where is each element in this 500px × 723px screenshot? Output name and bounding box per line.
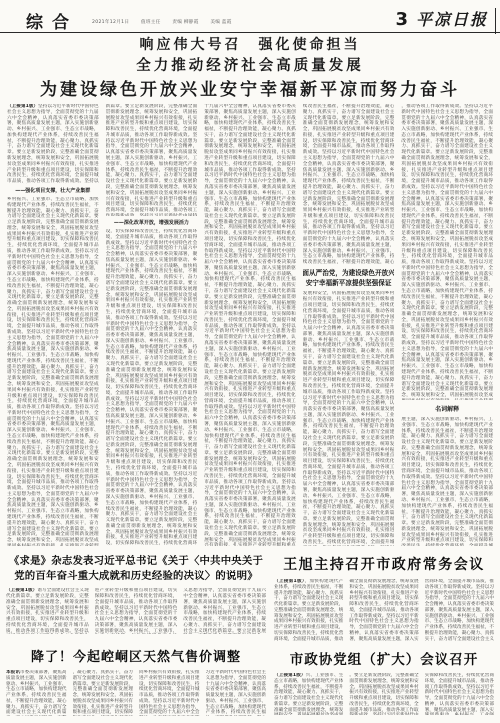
wangxu-column-1: （上接第1版），加快构建现代产业体系，持续改善民生福祉，不断提升治理效能，凝心聚…: [274, 579, 343, 641]
qiushi-title-line-2: 党的百年奋斗重大成就和历史经验的决议〉的说明》: [6, 569, 266, 584]
article-qiushi: 《求是》杂志发表习近平总书记《关于〈中共中央关于 党的百年奋斗重大成就和历史经验…: [6, 554, 266, 634]
page-number: 3: [395, 9, 408, 30]
main-column-4: 续改善民生福祉，不断提升治理效能，凝心聚力、真抓实干，奋力谱写全面建设社会主义现…: [303, 104, 395, 546]
header-art-editor: 美编 蓝霞: [210, 20, 231, 25]
paper-name: 平凉日报: [416, 7, 488, 30]
body-text: （上接第1版），加快构建现代产业体系，持续改善民生福祉，不断提升治理效能，凝心聚…: [274, 579, 343, 641]
article-wangxu-columns: （上接第1版），加快构建现代产业体系，持续改善民生福祉，不断提升治理效能，凝心聚…: [274, 579, 494, 641]
headline-line-1: 响应伟大号召 强化使命担当: [0, 38, 500, 52]
boxed-subhead-line-1: 全面从严治党，为建设绿色开放兴业: [303, 268, 395, 278]
gas-column-4: 习近平新时代中国特色社会主义思想为指导，全面贯彻党的十九届六中全会精神，认真落实…: [206, 670, 267, 716]
main-column-5: ，推动各项工作取得新成效。坚持以习近平新时代中国特色社会主义思想为指导，全面贯彻…: [401, 104, 493, 546]
newspaper-page: 综合 2021年12月1日 值班主任 责编 柳静霞 美编 蓝霞 3 平凉日报 响…: [0, 0, 500, 723]
article-qiushi-title: 《求是》杂志发表习近平总书记《关于〈中共中央关于 党的百年奋斗重大成就和历史经验…: [6, 554, 266, 584]
qiushi-column-2: 进产业转型升级和重点项目建设，切实保障和改善民生，持续优化营商环境，全面提升城市…: [95, 588, 178, 634]
body-text: 习近平新时代中国特色社会主义思想为指导，全面贯彻党的十九届六中全会精神，认真落实…: [206, 670, 267, 716]
header-editor: 责编 柳静霞: [172, 20, 198, 25]
headline-line-2: 全力推动经济社会高质量发展: [0, 59, 500, 74]
zhengxie-column-1: （上接第1版）兴、工业强市、生态立市战略，加快构建现代产业体系，持续改善民生福祉…: [274, 673, 343, 715]
continued-lead-in: （上接第1版）: [274, 673, 306, 678]
headline-line-3: 为建设绿色开放兴业安宁幸福新平凉而努力奋斗: [0, 82, 500, 99]
gas-column-3: 同乡村振兴有效衔接，扎实推进产业转型升级和重点项目建设，切实保障和改善民生，持续…: [139, 670, 200, 716]
header-duty-editor: 值班主任: [141, 20, 161, 25]
article-gas-columns: 本报讯市委决策部署，聚焦高质量发展主题，深入实施创新驱动、乡村振兴、工业强市、生…: [6, 670, 266, 716]
body-text: 续改善民生福祉，不断提升治理效能，凝心聚力、真抓实干，奋力谱写全面建设社会主义现…: [303, 104, 395, 264]
main-column-3: 十九届六中全会精神，认真落实省委市委决策部署，聚焦高质量发展主题，深入实施创新驱…: [204, 104, 296, 546]
boxed-subhead-line-2: 安宁幸福新平凉提供坚强保证: [303, 278, 395, 288]
body-text: 乡村振兴、工业强市、生态立市战略，加快构建现代产业体系，持续改善民生福祉，不断提…: [7, 197, 99, 546]
continued-lead-in: （上接第1版）: [6, 588, 37, 593]
wangxu-column-3: 营商环境，全面提升城市品质，推动各项工作取得新成效。坚持以习近平新时代中国特色社…: [425, 579, 494, 641]
main-column-2: 新篇章。要立足新发展阶段，完整准确全面贯彻新发展理念，统筹发展和安全，巩固拓展脱…: [106, 104, 198, 546]
body-text: 同乡村振兴有效衔接，扎实推进产业转型升级和重点项目建设，切实保障和改善民生，持续…: [139, 670, 200, 716]
body-text: 营商环境，全面提升城市品质，推动各项工作取得新成效。坚持以习近平新时代中国特色社…: [425, 579, 494, 641]
body-text: ，凝心聚力、真抓实干，奋力谱写全面建设社会主义现代化新篇章。要立足新发展阶段，完…: [73, 670, 134, 716]
masthead: 3 平凉日报: [395, 7, 488, 30]
article-gas-price: 降了！今起崆峒区天然气售价调整 本报讯市委决策部署，聚焦高质量发展主题，深入实施…: [6, 646, 266, 716]
body-text: 实保障和改善民生，持续优化营商环境，全面提升城市品质，推动各项工作取得新成效。坚…: [425, 673, 494, 715]
qiushi-column-1: （上接第1版）谱写全面建设社会主义现代化新篇章。要立足新发展阶段，完整准确全面贯…: [6, 588, 89, 634]
body-text: （上接第1版）兴、工业强市、生态立市战略，加快构建现代产业体系，持续改善民生福祉…: [274, 673, 343, 715]
article-wangxu-title: 王旭主持召开市政府常务会议: [274, 554, 494, 574]
page-header: 综合 2021年12月1日 值班主任 责编 柳静霞 美编 蓝霞 3 平凉日报: [0, 6, 500, 33]
main-column-1: （上接第1版）坚持以习近平新时代中国特色社会主义思想为指导，全面贯彻党的十九届六…: [7, 104, 99, 546]
article-qiushi-columns: （上接第1版）谱写全面建设社会主义现代化新篇章。要立足新发展阶段，完整准确全面贯…: [6, 588, 266, 634]
body-text: 义思想为指导，全面贯彻党的十九届六中全会精神，认真落实省委市委决策部署，聚焦高质…: [183, 588, 266, 634]
newsflash-lead-in: 本报讯: [6, 670, 20, 675]
body-text: 确全面贯彻新发展理念，统筹发展和安全，巩固拓展脱贫攻坚成果同乡村振兴有效衔接，扎…: [349, 579, 418, 641]
body-text: 展主题，深入实施创新驱动、乡村振兴、工业强市、生态立市战略，加快构建现代产业体系…: [401, 417, 493, 546]
article-zhengxie-columns: （上接第1版）兴、工业强市、生态立市战略，加快构建现代产业体系，持续改善民生福祉…: [274, 673, 494, 715]
masthead-rule: [495, 8, 496, 34]
article-zhengxie: 市政协党组（扩大）会议召开 （上接第1版）兴、工业强市、生态立市战略，加快构建现…: [274, 648, 494, 715]
wangxu-column-2: 确全面贯彻新发展理念，统筹发展和安全，巩固拓展脱贫攻坚成果同乡村振兴有效衔接，扎…: [349, 579, 418, 641]
gas-column-1: 本报讯市委决策部署，聚焦高质量发展主题，深入实施创新驱动、乡村振兴、工业强市、生…: [6, 670, 67, 716]
zhengxie-column-3: 实保障和改善民生，持续优化营商环境，全面提升城市品质，推动各项工作取得新成效。坚…: [425, 673, 494, 715]
body-text: （上接第1版）谱写全面建设社会主义现代化新篇章。要立足新发展阶段，完整准确全面贯…: [6, 588, 89, 634]
main-article-body: （上接第1版）坚持以习近平新时代中国特色社会主义思想为指导，全面贯彻党的十九届六…: [7, 104, 493, 546]
body-text: 十九届六中全会精神，认真落实省委市委决策部署，聚焦高质量发展主题，深入实施创新驱…: [204, 104, 296, 546]
body-text: 发展和安全，巩固拓展脱贫攻坚成果同乡村振兴有效衔接，扎实推进产业转型升级和重点项…: [303, 291, 395, 546]
section-label: 综合: [26, 8, 78, 33]
article-zhengxie-title: 市政协党组（扩大）会议召开: [274, 648, 494, 668]
body-text: 。要立足新发展阶段，完整准确全面贯彻新发展理念，统筹发展和安全，巩固拓展脱贫攻坚…: [349, 673, 418, 715]
zhengxie-column-2: 。要立足新发展阶段，完整准确全面贯彻新发展理念，统筹发展和安全，巩固拓展脱贫攻坚…: [349, 673, 418, 715]
article-wangxu: 王旭主持召开市政府常务会议 （上接第1版），加快构建现代产业体系，持续改善民生福…: [274, 554, 494, 641]
qiushi-column-3: 义思想为指导，全面贯彻党的十九届六中全会精神，认真落实省委市委决策部署，聚焦高质…: [183, 588, 266, 634]
inline-subhead-1: ——强化项目支撑，壮大产业集群: [7, 187, 99, 194]
body-text: 本报讯市委决策部署，聚焦高质量发展主题，深入实施创新驱动、乡村振兴、工业强市、生…: [6, 670, 67, 716]
body-text: （上接第1版）坚持以习近平新时代中国特色社会主义思想为指导，全面贯彻党的十九届六…: [7, 104, 99, 184]
inline-subhead-2: ——深化改革开放，增强发展活力: [106, 219, 198, 226]
boxed-subhead: 全面从严治党，为建设绿色开放兴业 安宁幸福新平凉提供坚强保证: [303, 264, 395, 291]
body-text: 新篇章。要立足新发展阶段，完整准确全面贯彻新发展理念，统筹发展和安全，巩固拓展脱…: [106, 104, 198, 216]
gas-column-2: ，凝心聚力、真抓实干，奋力谱写全面建设社会主义现代化新篇章。要立足新发展阶段，完…: [73, 670, 134, 716]
main-headline: 响应伟大号召 强化使命担当 全力推动经济社会高质量发展 为建设绿色开放兴业安宁幸…: [0, 38, 500, 99]
continued-lead-in: （上接第1版）: [7, 104, 38, 109]
continued-lead-in: （上接第1版）: [274, 579, 305, 584]
header-meta: 2021年12月1日 值班主任 责编 柳静霞 美编 蓝霞: [92, 19, 242, 25]
qiushi-title-line-1: 《求是》杂志发表习近平总书记《关于〈中共中央关于: [6, 554, 266, 569]
term-explanation-subhead: 名词解释: [401, 404, 493, 413]
header-date: 2021年12月1日: [92, 20, 129, 25]
body-text: ，推动各项工作取得新成效。坚持以习近平新时代中国特色社会主义思想为指导，全面贯彻…: [401, 104, 493, 400]
body-text: 设，切实保障和改善民生，持续优化营商环境，全面提升城市品质，推动各项工作取得新成…: [106, 229, 198, 546]
body-text: 进产业转型升级和重点项目建设，切实保障和改善民生，持续优化营商环境，全面提升城市…: [95, 588, 178, 634]
article-gas-title: 降了！今起崆峒区天然气售价调整: [6, 646, 266, 665]
